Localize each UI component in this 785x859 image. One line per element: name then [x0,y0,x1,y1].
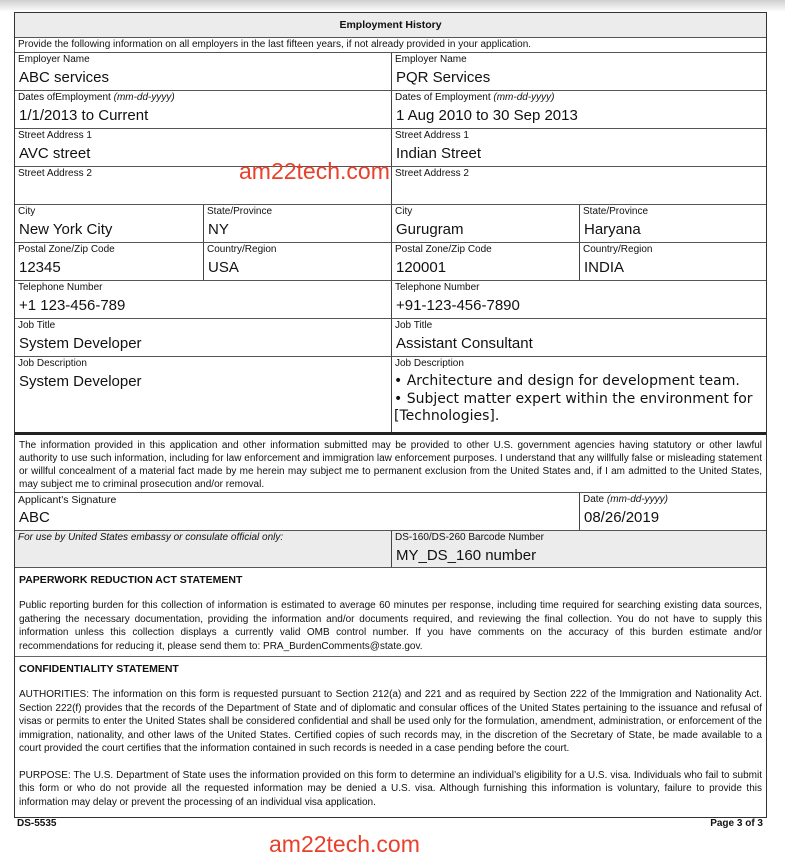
left-phone-field[interactable]: Telephone Number +1 123-456-789 [15,281,391,318]
right-country-value[interactable]: INDIA [580,256,766,277]
right-job-desc-field[interactable]: Job Description • Architecture and desig… [391,357,766,432]
date-value[interactable]: 08/26/2019 [580,506,766,527]
right-dates-field[interactable]: Dates of Employment (mm-dd-yyyy) 1 Aug 2… [391,91,766,128]
right-dates-value[interactable]: 1 Aug 2010 to 30 Sep 2013 [392,104,766,125]
right-street1-field[interactable]: Street Address 1 Indian Street [391,129,766,166]
left-job-desc-field[interactable]: Job Description System Developer [15,357,391,432]
right-employer-name-value[interactable]: PQR Services [392,66,766,87]
signature-row: Applicant's Signature ABC Date (mm-dd-yy… [15,493,766,531]
left-dates-label-text: Dates ofEmployment [18,92,111,103]
top-shadow [0,0,785,12]
left-country-label: Country/Region [204,243,391,256]
left-employer-name-field[interactable]: Employer Name ABC services [15,53,391,90]
left-city-label: City [15,205,203,218]
left-state-field[interactable]: State/Province NY [203,205,391,242]
job-title-row: Job Title System Developer Job Title Ass… [15,319,766,357]
right-dates-label-text: Dates of Employment [395,92,491,103]
left-dates-label: Dates ofEmployment (mm-dd-yyyy) [15,91,391,104]
right-phone-label: Telephone Number [392,281,766,294]
barcode-value[interactable]: MY_DS_160 number [392,544,766,565]
job-desc-bullet: • Subject matter expert within the envir… [394,391,766,409]
watermark-top: am22tech.com [239,160,390,183]
left-dates-field[interactable]: Dates ofEmployment (mm-dd-yyyy) 1/1/2013… [15,91,391,128]
page-number: Page 3 of 3 [710,818,763,829]
right-city-value[interactable]: Gurugram [392,218,579,239]
purpose-text: PURPOSE: The U.S. Department of State us… [15,756,766,810]
left-job-title-label: Job Title [15,319,391,332]
left-state-value[interactable]: NY [204,218,391,239]
date-field[interactable]: Date (mm-dd-yyyy) 08/26/2019 [579,493,766,530]
right-dates-format: (mm-dd-yyyy) [493,92,554,103]
certification-row: The information provided in this applica… [15,435,766,493]
job-desc-bullet: • Architecture and design for developmen… [394,373,766,391]
right-street1-value[interactable]: Indian Street [392,142,766,163]
left-job-desc-value[interactable]: System Developer [15,370,391,391]
date-format: (mm-dd-yyyy) [607,494,668,505]
paperwork-text: Public reporting burden for this collect… [15,586,766,653]
barcode-field[interactable]: DS-160/DS-260 Barcode Number MY_DS_160 n… [391,531,766,567]
date-label-text: Date [583,494,604,505]
right-country-label: Country/Region [580,243,766,256]
street2-row: Street Address 2 Street Address 2 [15,167,766,205]
city-state-row: City New York City State/Province NY Cit… [15,205,766,243]
employer-name-row: Employer Name ABC services Employer Name… [15,53,766,91]
dates-row: Dates ofEmployment (mm-dd-yyyy) 1/1/2013… [15,91,766,129]
left-country-value[interactable]: USA [204,256,391,277]
right-phone-field[interactable]: Telephone Number +91-123-456-7890 [391,281,766,318]
left-city-field[interactable]: City New York City [15,205,203,242]
confidentiality-section: CONFIDENTIALITY STATEMENT AUTHORITIES: T… [15,657,766,817]
zip-country-row: Postal Zone/Zip Code 12345 Country/Regio… [15,243,766,281]
confidentiality-title: CONFIDENTIALITY STATEMENT [15,657,766,675]
left-employer-name-value[interactable]: ABC services [15,66,391,87]
left-zip-field[interactable]: Postal Zone/Zip Code 12345 [15,243,203,280]
right-employer-name-field[interactable]: Employer Name PQR Services [391,53,766,90]
job-description-row: Job Description System Developer Job Des… [15,357,766,435]
right-street2-label: Street Address 2 [392,167,766,180]
form-number: DS-5535 [17,818,56,829]
form-title-text: Employment History [339,19,441,31]
left-job-title-field[interactable]: Job Title System Developer [15,319,391,356]
official-use-field: For use by United States embassy or cons… [15,531,391,567]
left-country-field[interactable]: Country/Region USA [203,243,391,280]
right-zip-label: Postal Zone/Zip Code [392,243,579,256]
right-street2-value[interactable] [392,180,766,183]
instruction-text: Provide the following information on all… [15,38,766,53]
right-street2-field[interactable]: Street Address 2 [391,167,766,204]
right-city-field[interactable]: City Gurugram [391,205,579,242]
certification-text: The information provided in this applica… [15,435,766,491]
right-job-title-value[interactable]: Assistant Consultant [392,332,766,353]
street1-row: Street Address 1 AVC street Street Addre… [15,129,766,167]
left-dates-format: (mm-dd-yyyy) [114,92,175,103]
employment-history-form: Employment History Provide the following… [14,12,767,818]
right-job-title-field[interactable]: Job Title Assistant Consultant [391,319,766,356]
watermark-bottom: am22tech.com [269,833,420,856]
right-zip-field[interactable]: Postal Zone/Zip Code 120001 [391,243,579,280]
left-phone-label: Telephone Number [15,281,391,294]
right-dates-label: Dates of Employment (mm-dd-yyyy) [392,91,766,104]
official-use-row: For use by United States embassy or cons… [15,531,766,568]
form-title: Employment History [15,13,766,38]
instruction-row: Provide the following information on all… [15,38,766,53]
right-state-field[interactable]: State/Province Haryana [579,205,766,242]
right-street1-label: Street Address 1 [392,129,766,142]
left-zip-label: Postal Zone/Zip Code [15,243,203,256]
paperwork-section: PAPERWORK REDUCTION ACT STATEMENT Public… [15,568,766,657]
left-zip-value[interactable]: 12345 [15,256,203,277]
right-city-label: City [392,205,579,218]
right-phone-value[interactable]: +91-123-456-7890 [392,294,766,315]
left-dates-value[interactable]: 1/1/2013 to Current [15,104,391,125]
right-state-value[interactable]: Haryana [580,218,766,239]
left-job-desc-label: Job Description [15,357,391,370]
authorities-text: AUTHORITIES: The information on this for… [15,675,766,756]
left-phone-value[interactable]: +1 123-456-789 [15,294,391,315]
date-label: Date (mm-dd-yyyy) [580,493,766,506]
left-state-label: State/Province [204,205,391,218]
left-city-value[interactable]: New York City [15,218,203,239]
left-job-title-value[interactable]: System Developer [15,332,391,353]
right-state-label: State/Province [580,205,766,218]
phone-row: Telephone Number +1 123-456-789 Telephon… [15,281,766,319]
right-job-title-label: Job Title [392,319,766,332]
paperwork-title: PAPERWORK REDUCTION ACT STATEMENT [15,568,766,586]
signature-field[interactable]: Applicant's Signature ABC [15,493,579,530]
right-job-desc-label: Job Description [392,357,766,370]
left-employer-name-label: Employer Name [15,53,391,66]
signature-value[interactable]: ABC [15,506,579,527]
right-employer-name-label: Employer Name [392,53,766,66]
official-use-label: For use by United States embassy or cons… [15,531,391,544]
right-job-desc-value[interactable]: • Architecture and design for developmen… [392,370,766,426]
barcode-label: DS-160/DS-260 Barcode Number [392,531,766,544]
left-street1-label: Street Address 1 [15,129,391,142]
right-zip-value[interactable]: 120001 [392,256,579,277]
job-desc-bullet: [Technologies]. [394,408,766,426]
signature-label: Applicant's Signature [15,493,579,506]
right-country-field[interactable]: Country/Region INDIA [579,243,766,280]
